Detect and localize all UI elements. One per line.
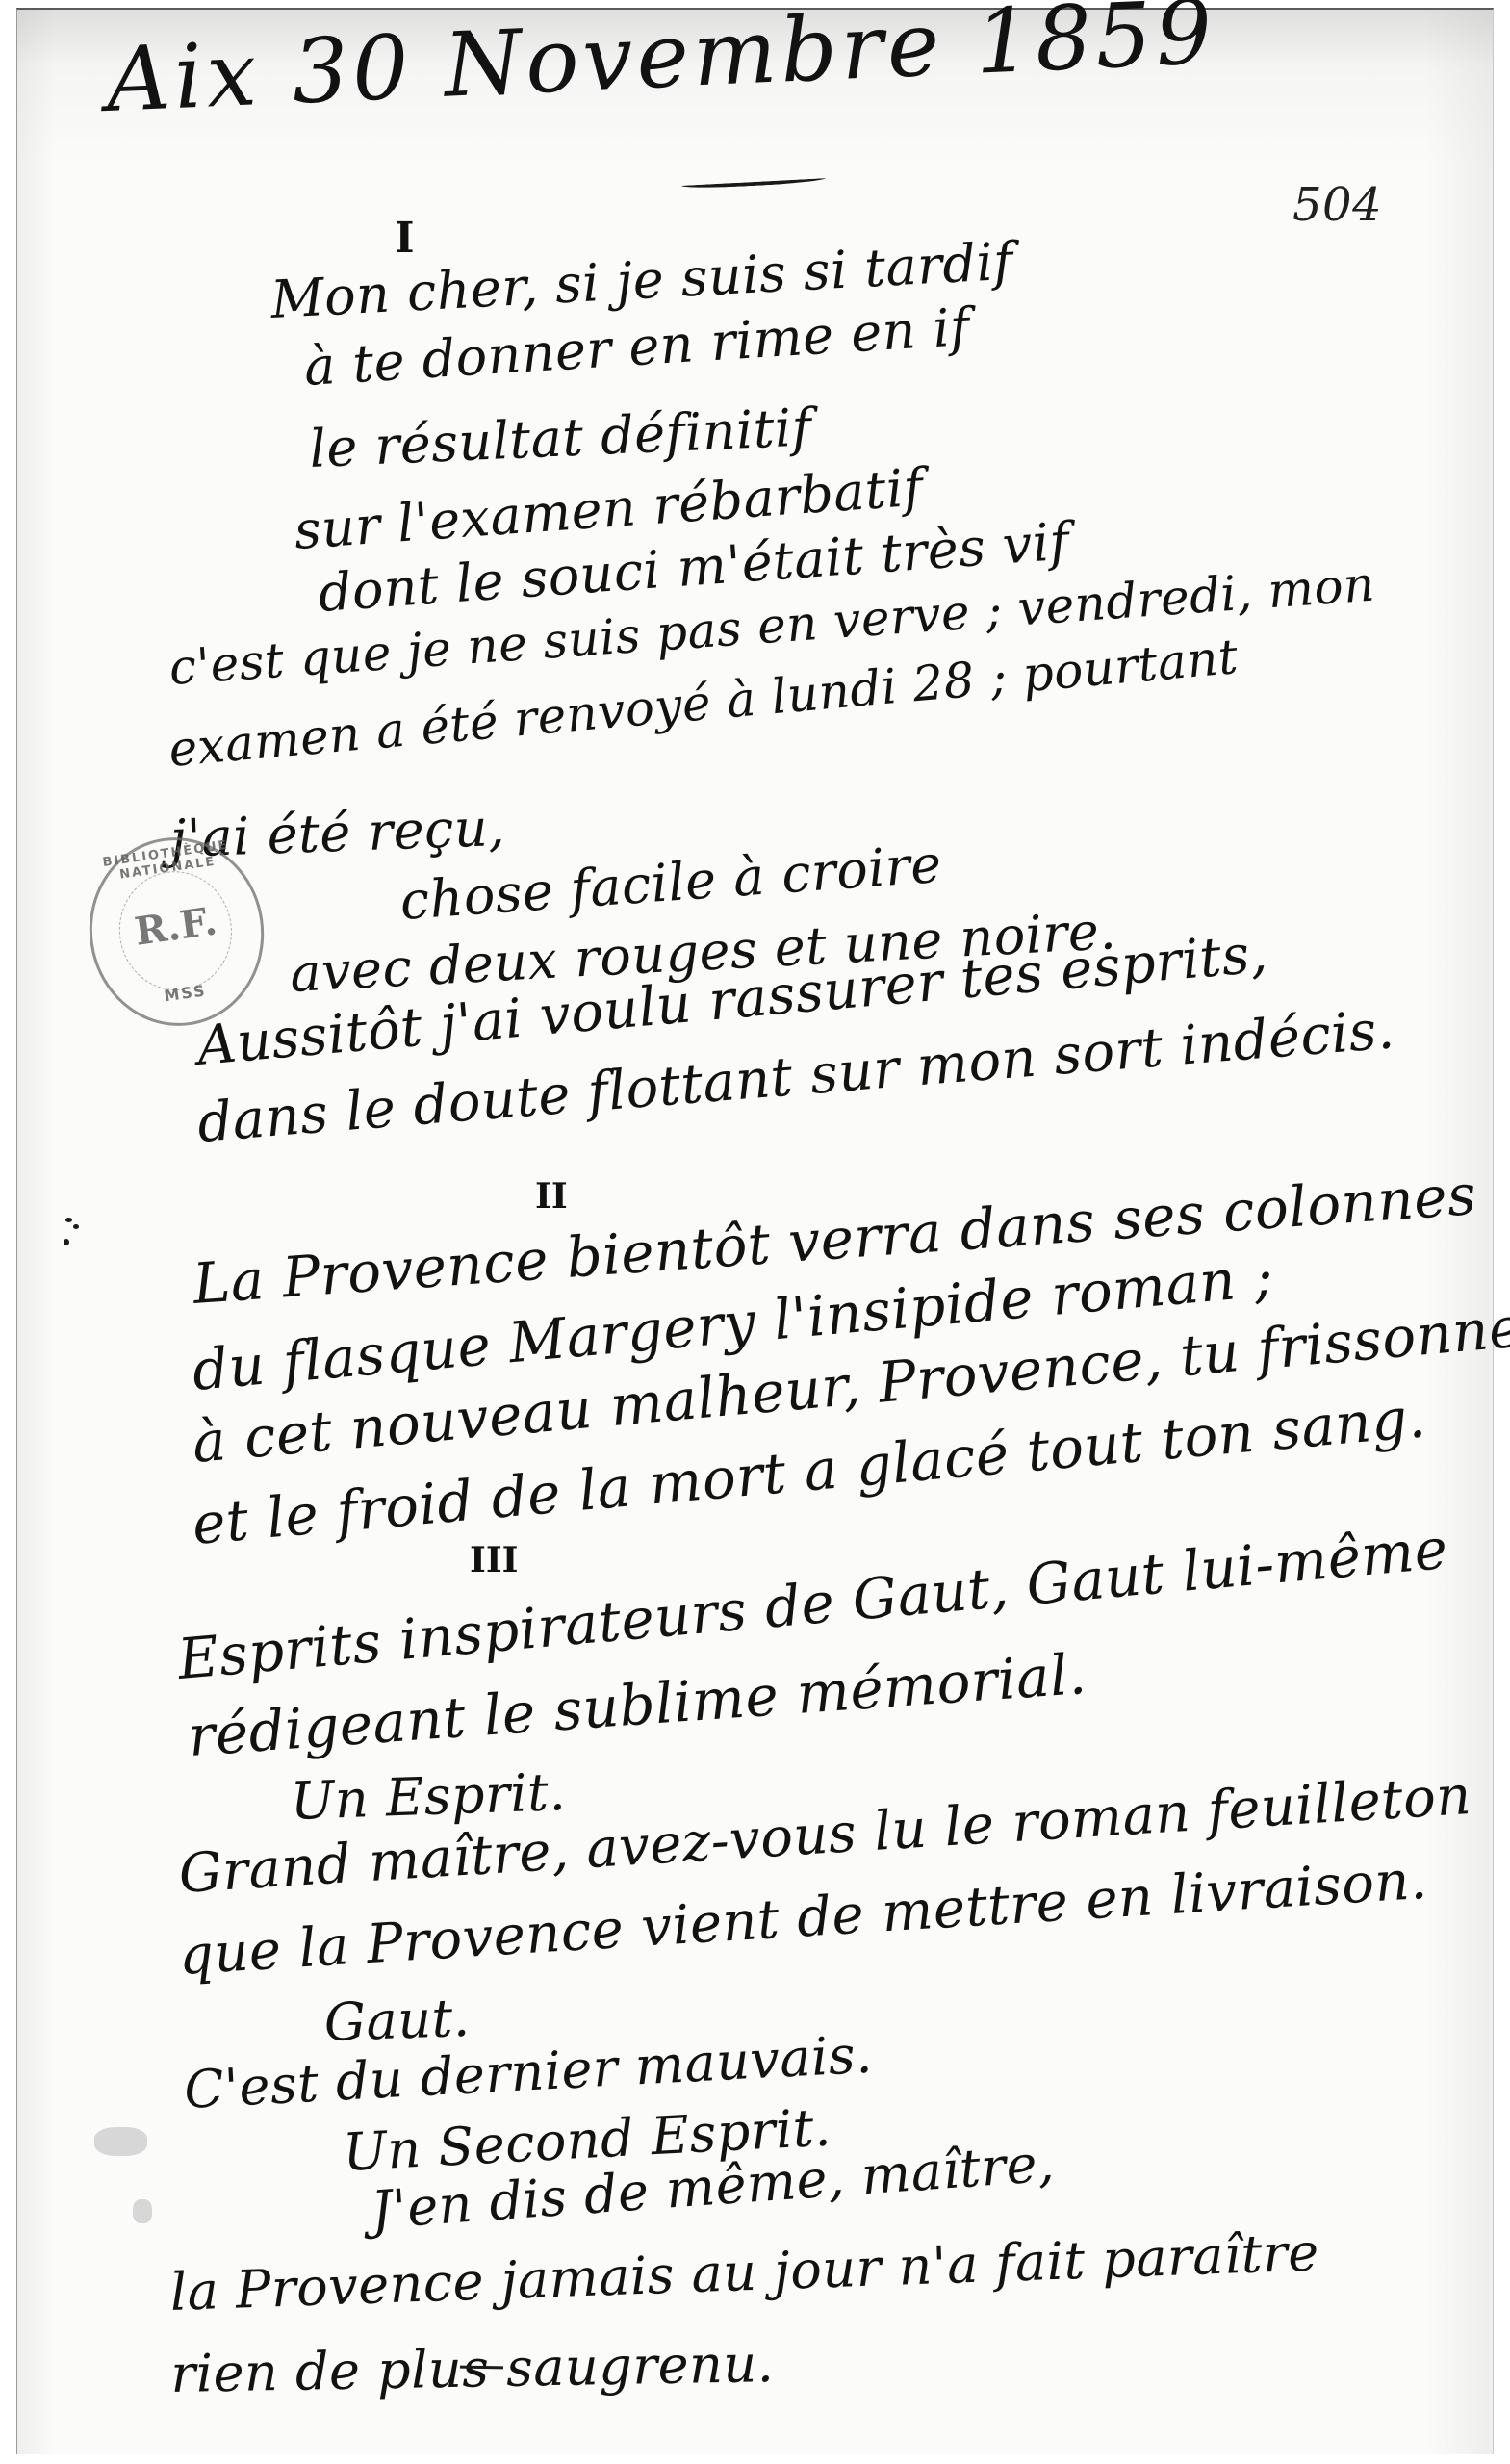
- ink-speck: [73, 1224, 79, 1229]
- stanza-numeral-1: I: [395, 214, 415, 263]
- place-date-heading: Aix 30 Novembre 1859: [104, 0, 1217, 132]
- verse-line: rien de plus saugrenu.: [170, 2333, 775, 2404]
- stanza-numeral-3: III: [470, 1540, 519, 1580]
- speaker-label: Gaut.: [323, 1988, 472, 2053]
- library-stamp: BIBLIOTHÈQUE NATIONALE R.F. MSS: [77, 826, 276, 1037]
- header-flourish-underline: [681, 174, 826, 190]
- verse-line: le résultat définitif: [308, 397, 812, 479]
- folio-number: 504: [1292, 178, 1382, 232]
- stanza-numeral-2: II: [535, 1176, 568, 1217]
- ink-smudge: [133, 2199, 152, 2223]
- ink-smudge: [94, 2127, 147, 2156]
- ink-speck: [64, 1239, 69, 1245]
- ink-speck: [65, 1218, 72, 1222]
- verse-line: la Provence jamais au jour n'a fait para…: [169, 2221, 1320, 2323]
- scanned-image: Aix 30 Novembre 1859 504 I Mon cher, si …: [0, 0, 1510, 2464]
- manuscript-page: Aix 30 Novembre 1859 504 I Mon cher, si …: [16, 8, 1494, 2454]
